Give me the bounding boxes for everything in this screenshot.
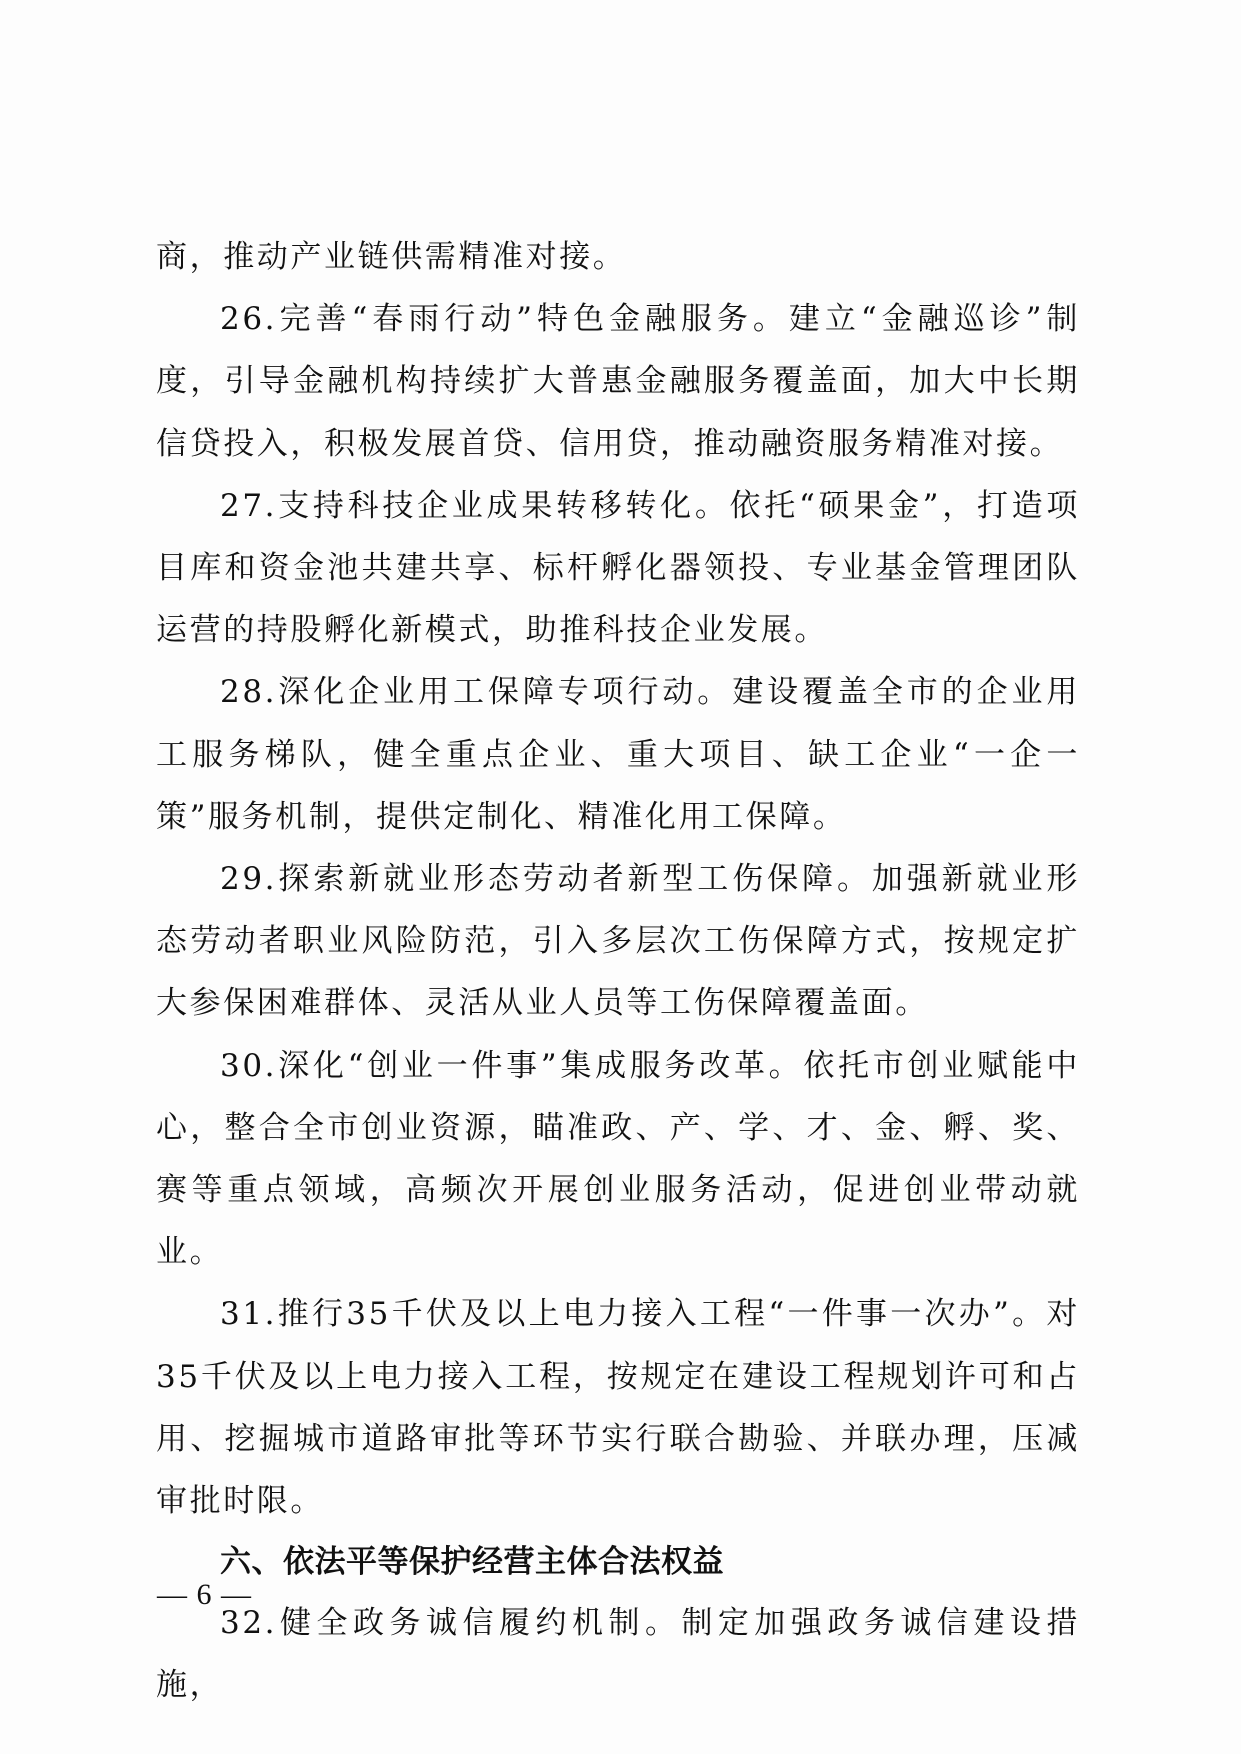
paragraph-item-26: 26.完善“春雨行动”特色金融服务。建立“金融巡诊”制度，引导金融机构持续扩大普… (156, 288, 1080, 475)
paragraph-item-28: 28.深化企业用工保障专项行动。建设覆盖全市的企业用工服务梯队，健全重点企业、重… (156, 661, 1080, 848)
page-body: 商，推动产业链供需精准对接。 26.完善“春雨行动”特色金融服务。建立“金融巡诊… (156, 226, 1080, 1717)
paragraph-item-30: 30.深化“创业一件事”集成服务改革。依托市创业赋能中心，整合全市创业资源，瞄准… (156, 1035, 1080, 1284)
document-page: 商，推动产业链供需精准对接。 26.完善“春雨行动”特色金融服务。建立“金融巡诊… (0, 0, 1241, 1754)
paragraph-item-32: 32.健全政务诚信履约机制。制定加强政务诚信建设措施， (156, 1592, 1080, 1716)
paragraph-item-27: 27.支持科技企业成果转移转化。依托“硕果金”，打造项目库和资金池共建共享、标杆… (156, 475, 1080, 662)
paragraph-item-31: 31.推行35千伏及以上电力接入工程“一件事一次办”。对35千伏及以上电力接入工… (156, 1283, 1080, 1532)
page-number: — 6 — (157, 1578, 252, 1612)
paragraph-continuation: 商，推动产业链供需精准对接。 (156, 226, 1080, 288)
section-heading: 六、依法平等保护经营主体合法权益 (156, 1532, 1080, 1592)
paragraph-item-29: 29.探索新就业形态劳动者新型工伤保障。加强新就业形态劳动者职业风险防范，引入多… (156, 848, 1080, 1035)
